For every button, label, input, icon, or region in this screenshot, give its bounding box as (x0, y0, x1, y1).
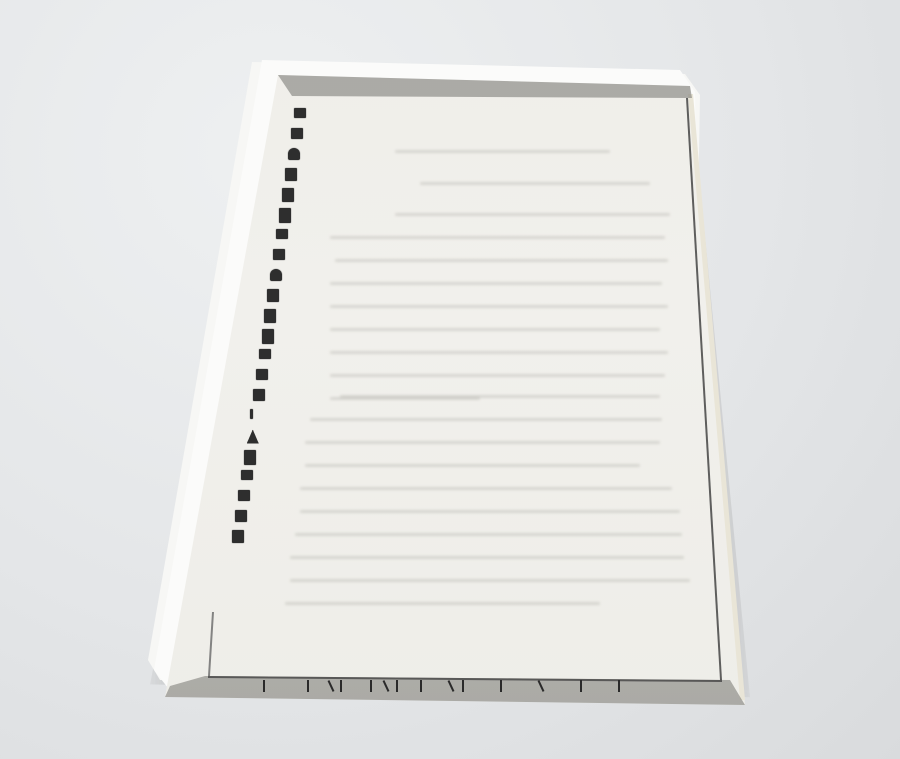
text-line (305, 441, 660, 444)
photo-scene: Photograph of a small stack of typewritt… (0, 0, 900, 759)
stencil-glyph (276, 229, 288, 239)
stencil-glyph (294, 108, 306, 118)
stencil-glyph (291, 128, 303, 139)
text-line (300, 487, 672, 490)
stencil-glyph (244, 450, 256, 465)
stencil-glyph (270, 269, 282, 281)
edge-mark (580, 680, 582, 692)
text-line (290, 556, 684, 559)
paper-sheet-top (0, 0, 900, 759)
stencil-glyph (259, 349, 271, 359)
stencil-glyph (235, 510, 247, 522)
stencil-glyph (288, 148, 300, 160)
edge-mark (462, 680, 464, 692)
edge-mark (307, 680, 309, 692)
stencil-glyph (256, 369, 268, 380)
text-line (330, 236, 665, 239)
edge-mark (500, 680, 502, 692)
text-line (335, 259, 668, 262)
stencil-glyph (282, 188, 294, 202)
text-line (395, 213, 670, 216)
edge-mark (370, 680, 372, 692)
text-line (330, 374, 665, 377)
edge-mark (618, 680, 620, 692)
text-line (330, 351, 668, 354)
text-line (330, 305, 668, 308)
text-line (330, 328, 660, 331)
stencil-glyph (267, 289, 279, 302)
text-line (310, 418, 662, 421)
text-line (300, 510, 680, 513)
text-line (395, 150, 610, 153)
edge-mark (340, 680, 342, 692)
stencil-glyph (238, 490, 250, 501)
stencil-glyph (250, 409, 253, 419)
edge-mark (263, 680, 265, 692)
stencil-glyph (241, 470, 253, 480)
stencil-glyph (253, 389, 265, 401)
text-line (330, 282, 662, 285)
stencil-glyph (279, 208, 291, 223)
stencil-glyph (264, 309, 276, 323)
stencil-glyph (232, 530, 244, 543)
edge-mark (396, 680, 398, 692)
edge-mark (420, 680, 422, 692)
text-line (290, 579, 690, 582)
stencil-glyph (273, 249, 285, 260)
text-line (295, 533, 682, 536)
text-line (305, 464, 640, 467)
stencil-glyph (285, 168, 297, 181)
text-line (285, 602, 600, 605)
text-line (420, 182, 650, 185)
text-line (340, 395, 660, 398)
stencil-glyph (262, 329, 274, 344)
